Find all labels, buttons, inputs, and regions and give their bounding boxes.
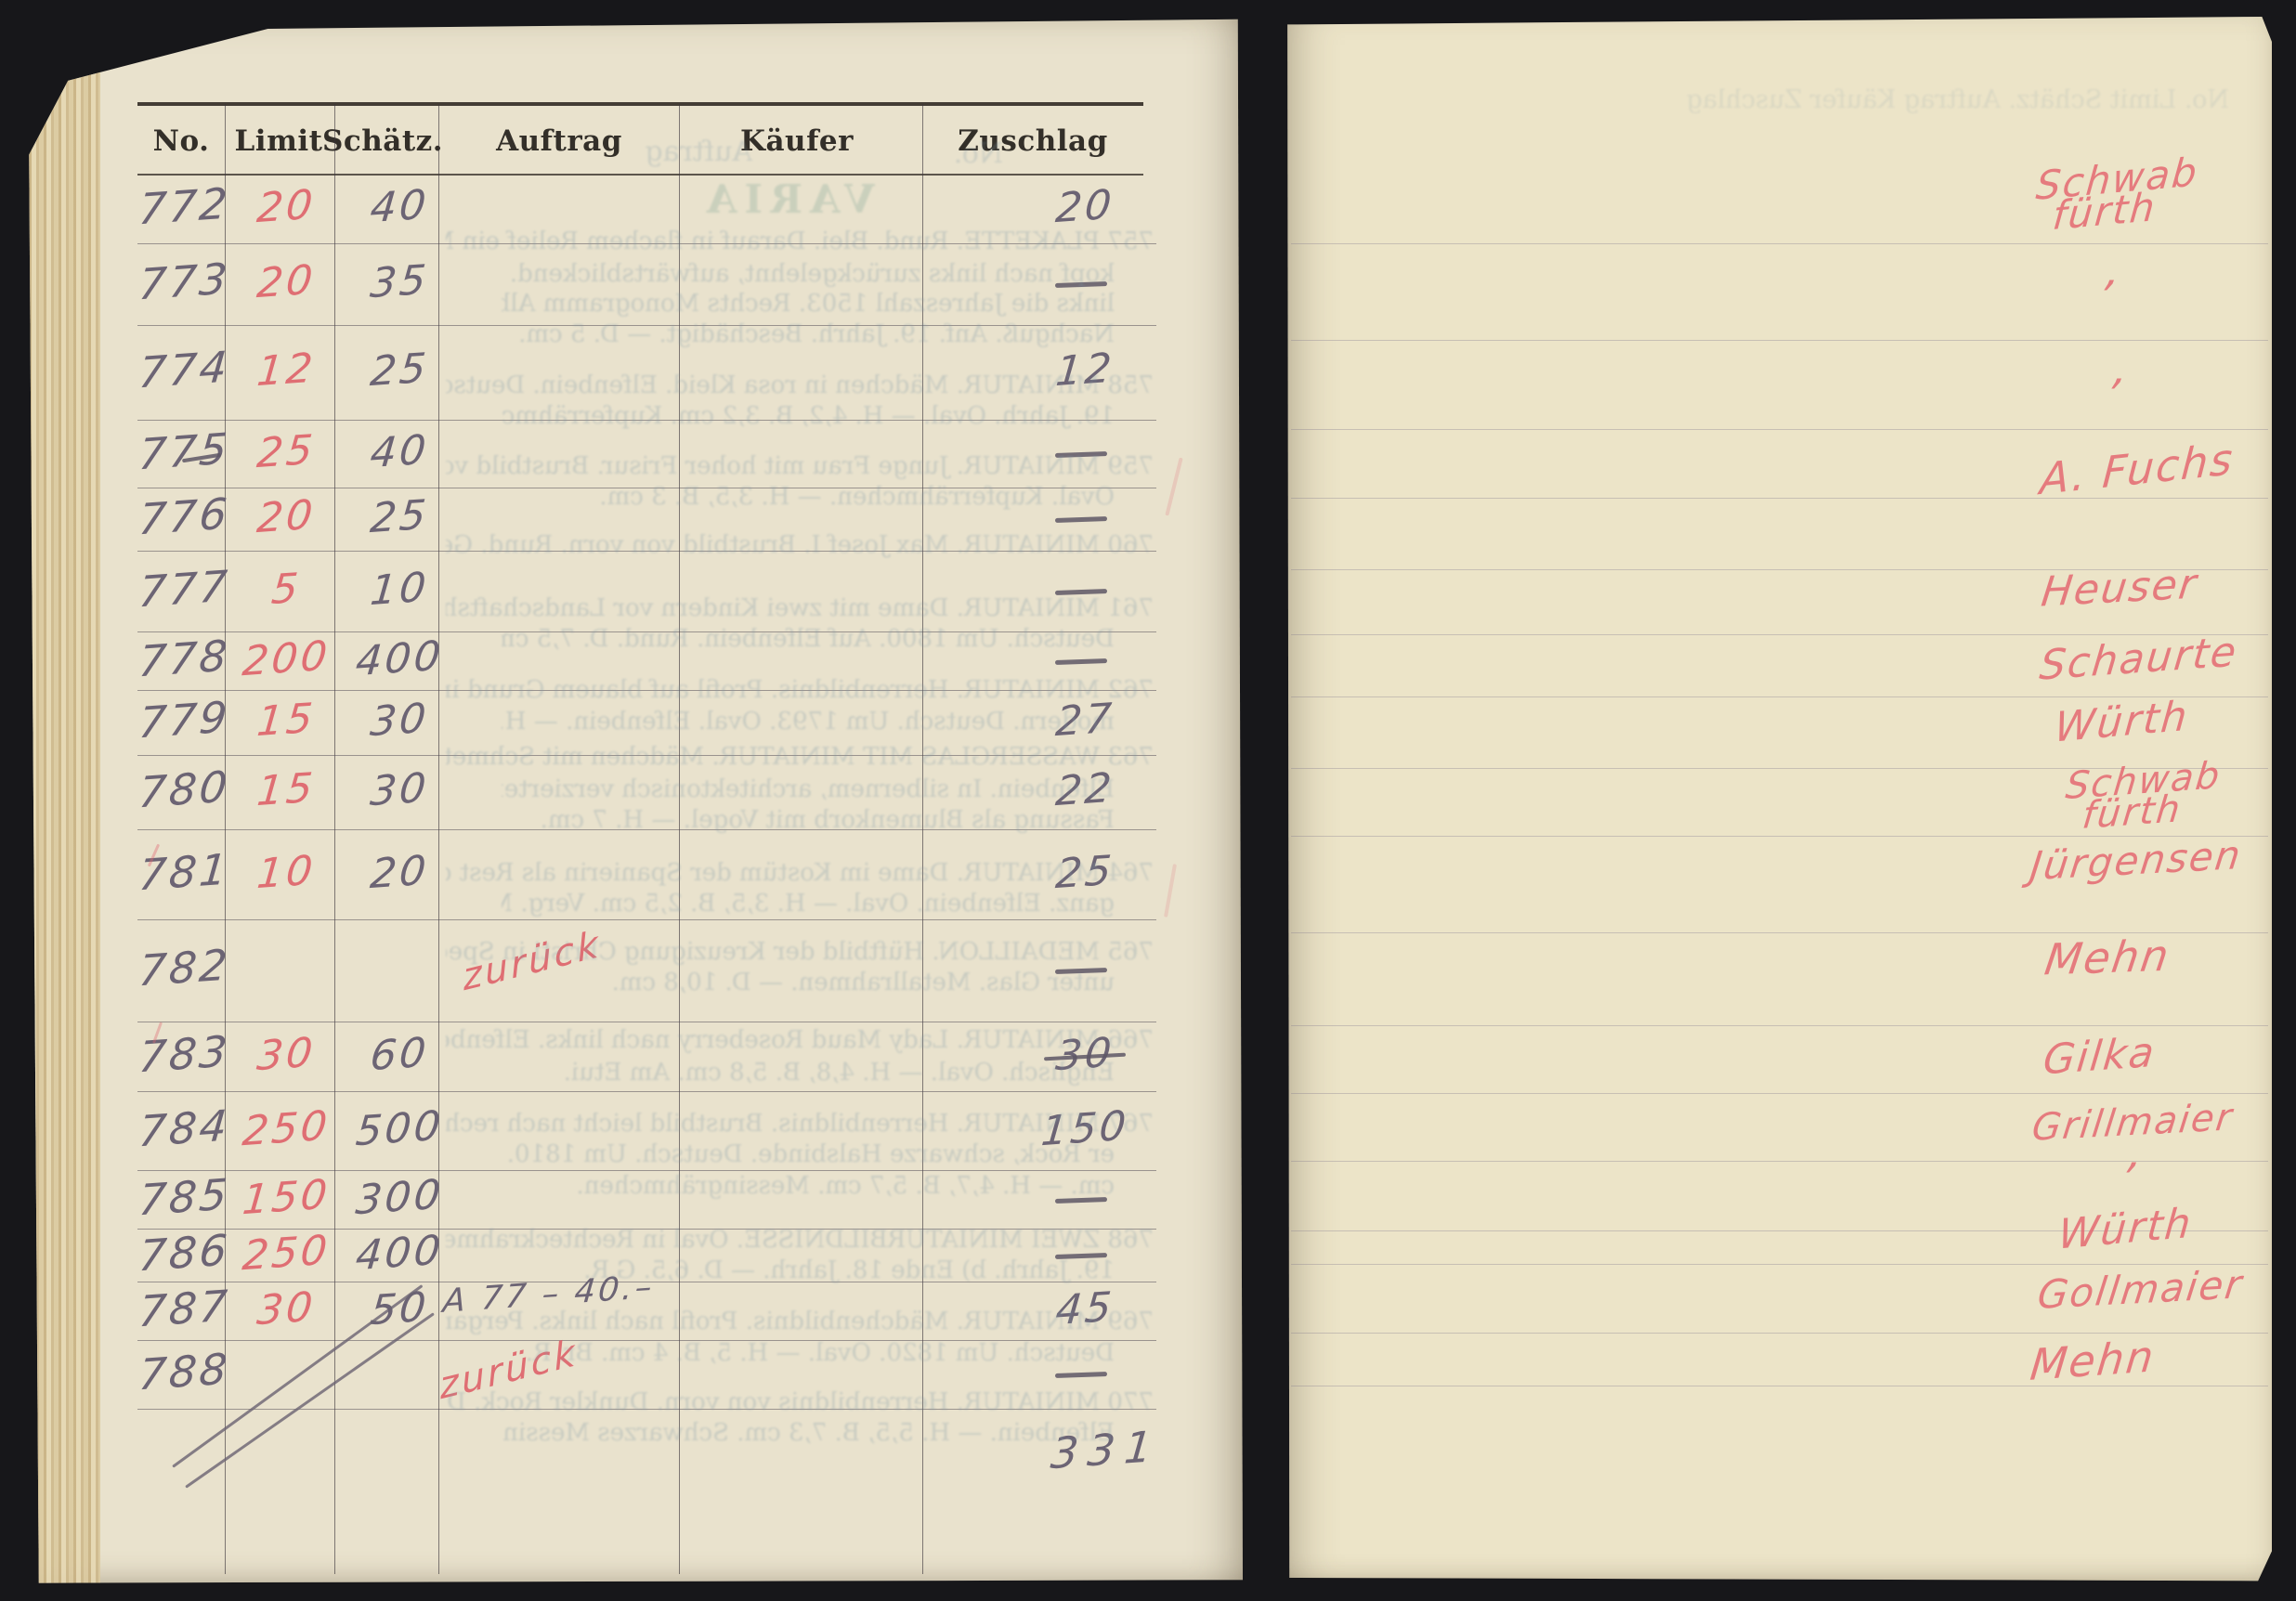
estimate-value: 40 [371,183,428,230]
limit-value: 250 [243,1105,330,1152]
bleed-through-line: cm. — H. 4,7, B. 5,7 cm. Messingrähmchen… [502,1172,1115,1200]
entry-separator-0 [1291,243,2268,244]
bleed-through-varia-title: VARIA [689,176,875,222]
lot-no-handwritten: 777 [139,564,229,614]
limit-value: 5 [272,566,301,613]
estimate-value: 30 [371,696,428,744]
estimate-value: 40 [371,428,428,475]
buyer-name: fürth [2051,184,2159,239]
bleed-through-line: 758 MINIATUR. Mädchen in rosa Kleid. Elf… [446,371,1154,399]
bleed-through-line: 769 MINIATUR. Mädchenbildnis. Profil nac… [446,1308,1154,1335]
bleed-through-line: 19. Jahrh. Oval. — H. 4,2, B. 3,2 cm. Ku… [502,402,1115,430]
bleed-through-line: Deutsch. Um 1800. Auf Elfenbein. Rund. D… [502,625,1115,653]
bleed-through-line: er Rock, schwarze Halsbinde. Deutsch. Um… [502,1140,1115,1168]
lot-no-handwritten: 775 [139,426,229,476]
estimate-value: 30 [371,766,428,814]
buyer-name: Würth [2056,1200,2195,1258]
lot-no-handwritten: 787 [139,1283,229,1334]
bleed-through-line: 764 MINIATUR. Dame im Kostüm der Spanier… [446,859,1154,887]
lot-no-handwritten: 780 [139,764,229,814]
bleed-through-line: Nachguß. Anf. 19. Jahrh. Beschädigt. — D… [502,320,1115,348]
red-bleed-mark-2 [1164,864,1177,918]
entry-separator-8 [1291,836,2268,837]
lot-no-handwritten: 788 [139,1347,229,1397]
estimate-value: 400 [357,1230,443,1277]
table-top-rule [137,102,1143,106]
hammer-dash [1055,516,1107,523]
bleed-through-line: 19. Jahrh. b) Ende 18. Jahrh. — D. 6,5. … [502,1256,1115,1284]
lot-no-handwritten: 772 [139,181,229,231]
limit-value: 15 [257,696,315,744]
bleed-through-line: links die Jahreszahl 1503. Rechts Monogr… [502,290,1115,318]
row-line-12 [137,1091,1156,1092]
bleed-through-line: Englisch. Oval. — H. 4,8, B. 5,8 cm. Am … [502,1059,1115,1087]
estimate-value: 25 [371,346,428,394]
book-photo: No.LimitSchätz.AuftragKäuferZuschlag7722… [0,0,2296,1601]
estimate-value: 35 [371,258,428,306]
bleed-through-line: ganz. Elfenbein. Oval. — H. 3,5, B. 2,5 … [502,890,1115,918]
bleed-through-line: Oval. Kupferrähmchen. — H. 3,5, B. 3 cm. [502,483,1115,511]
entry-separator-5 [1291,634,2268,635]
lot-no-handwritten: 785 [139,1172,229,1222]
column-header-Limit: Limit [235,124,323,158]
lot-no-handwritten: 782 [139,943,229,993]
bleed-through-line: 770 MINIATUR. Herrenbildnis von vorn. Du… [446,1388,1154,1416]
lot-no-handwritten: 783 [139,1029,229,1079]
limit-value: 20 [257,258,315,306]
cancellation-stroke-2 [185,1312,435,1488]
bleed-through-line: Deutsch. Um 1820. Oval. — H. 5, B. 4 cm.… [502,1339,1115,1367]
limit-value: 150 [243,1174,330,1221]
bleed-through-line: 768 ZWEI MINIATURBILDNISSE. Oval in Rech… [446,1226,1154,1254]
entry-separator-3 [1291,498,2268,499]
column-header-Schtz: Schätz. [322,124,443,158]
estimate-value: 60 [371,1031,428,1078]
lot-no-handwritten: 778 [139,633,229,683]
bleed-through-line: 759 MINIATUR. Junge Frau mit hoher Frisu… [446,452,1154,480]
bleed-through-line: 767 MINIATUR. Herrenbildnis. Brustbild l… [446,1110,1154,1138]
limit-value: 30 [257,1285,315,1333]
buyer-name: Schaurte [2038,629,2238,690]
buyer-name: Grillmaier [2031,1096,2235,1149]
bleed-through-line: 761 MINIATUR. Dame mit zwei Kindern vor … [446,594,1154,622]
bleed-through-line: 757 PLAKETTE. Rund. Blei. Darauf in flac… [446,228,1154,255]
header-underline [137,174,1143,176]
bleed-through-line: 760 MINIATUR. Max Josef I. Brustbild von… [446,531,1154,559]
bleed-through-line: 766 MINIATUR. Lady Maud Roseberry nach l… [446,1026,1154,1054]
buyer-name: A. Fuchs [2038,434,2237,504]
buyer-name: Gollmaier [2037,1261,2244,1318]
bleed-through-right-header: No. Limit Schätz. Auftrag Käufer Zuschla… [1635,85,2229,114]
column-header-No: No. [153,124,210,158]
limit-value: 10 [257,849,315,896]
buyer-ditto-mark: ’ [2097,271,2113,321]
bleed-through-header-no: No. [929,137,1003,170]
limit-value: 200 [243,635,330,683]
estimate-value: 25 [371,493,428,540]
buyer-name: Jürgensen [2029,832,2243,889]
red-bleed-mark-1 [1165,457,1182,515]
hammer-dash [1055,658,1107,665]
lot-no-handwritten: 774 [139,345,229,395]
buyer-name: fürth [2081,787,2184,837]
lot-no-handwritten: 776 [139,491,229,541]
row-line-13 [137,1170,1156,1171]
limit-value: 20 [257,493,315,540]
bleed-through-line: kopf nach links zurückgelehnt, aufwärtsb… [502,260,1115,288]
book-spine-page-edges [24,13,100,1586]
lot-no-handwritten: 786 [139,1228,229,1278]
limit-value: 12 [257,346,315,394]
buyer-name: Mehn [2029,1331,2157,1389]
hammer-dash [1055,1372,1107,1378]
limit-value: 15 [257,766,315,814]
limit-value: 30 [257,1031,315,1078]
buyer-ditto-mark: ’ [2120,1153,2135,1204]
bleed-through-line: 762 MINIATUR. Herrenbildnis. Profil auf … [446,676,1154,704]
bleed-through-line: Elfenbein. — H. 5,5, B. 7,3 cm. Schwarze… [502,1419,1115,1447]
row-line-10 [137,919,1156,920]
bleed-through-line: 763 WASSERGLAS MIT MINIATUR. Mädchen mit… [446,743,1154,771]
estimate-value: 500 [357,1105,443,1152]
column-header-Kufer: Käufer [740,124,854,158]
buyer-name: Gilka [2042,1029,2157,1084]
entry-separator-11 [1291,1093,2268,1094]
bleed-through-line: unter Glas. Metallrahmen. — D. 10,8 cm. [502,969,1115,996]
buyer-name: Heuser [2041,561,2199,617]
limit-value: 25 [257,428,315,475]
lot-no-handwritten: 779 [139,695,229,745]
entry-separator-16 [1291,1386,2268,1386]
lot-no-handwritten: 784 [139,1103,229,1153]
limit-value: 250 [243,1230,330,1277]
catalog-page-right: 61 772MINIATUR. Junger Mann. Blauer Rock… [1285,17,2272,1582]
estimate-value: 10 [371,566,428,613]
lot-no-handwritten: 773 [139,256,229,306]
bleed-through-line: Elfenbein. In silbernem, architektonisch… [502,775,1115,803]
buyer-ditto-mark: ’ [2105,370,2120,420]
row-line-11 [137,1022,1156,1022]
estimate-value: 20 [371,849,428,896]
entry-separator-14 [1291,1264,2268,1265]
entry-separator-2 [1291,429,2268,430]
buyer-name: Mehn [2044,931,2171,985]
estimate-value: 300 [357,1174,443,1221]
bleed-through-line: modern. Deutsch. Um 1793. Oval. Elfenbei… [502,708,1115,735]
limit-value: 20 [257,183,315,230]
bleed-through-line: Fassung als Blumenkorb mit Vogel. — H. 7… [502,806,1115,834]
entry-separator-10 [1291,1025,2268,1026]
estimate-value: 400 [357,635,443,683]
bleed-through-header-auftrag: Auftrag [594,136,752,168]
hammer-value: 20 [1056,183,1114,230]
buyer-name: Würth [2053,693,2191,751]
bleed-through-line: 765 MEDAILLON. Hüftbild der Kreuzigung C… [446,938,1154,966]
entry-separator-1 [1291,340,2268,341]
ledger-page-left: No.LimitSchätz.AuftragKäuferZuschlag7722… [24,13,1243,1586]
